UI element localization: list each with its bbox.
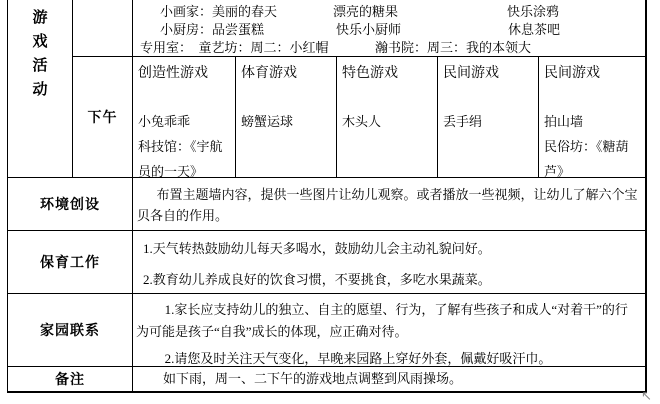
home-contact-content-cell: 1.家长应支持幼儿的独立、自主的愿望、行为，了解有些孩子和成人“对着干”的行为可… bbox=[133, 294, 645, 367]
care-work-item-2: 2.教育幼儿养成良好的饮食习惯，不要挑食，多吃水果蔬菜。 bbox=[143, 270, 640, 290]
game-category: 民间游戏 bbox=[438, 57, 538, 82]
game-column-folk-1: 民间游戏 丢手绢 bbox=[438, 57, 539, 178]
home-contact-item-2: 2.请您及时关注天气变化，早晚来园路上穿好外套，佩戴好吸汗巾。 bbox=[136, 348, 640, 367]
game-category: 民间游戏 bbox=[539, 57, 645, 82]
remarks-text: 如下雨，周一、二下午的游戏地点调整到风雨操场。 bbox=[163, 370, 640, 388]
afternoon-label: 下午 bbox=[88, 107, 118, 127]
game-column-folk-2: 民间游戏 拍山墙 民俗坊：《糖葫芦》 bbox=[539, 57, 645, 178]
care-work-label-cell: 保育工作 bbox=[8, 231, 133, 294]
game-item: 拍山墙 bbox=[544, 109, 641, 134]
home-contact-item-1: 1.家长应支持幼儿的独立、自主的愿望、行为，了解有些孩子和成人“对着干”的行为可… bbox=[136, 299, 640, 343]
env-setup-content-cell: 布置主题墙内容，提供一些图片让幼儿观察。或者播放一些视频，让幼儿了解六个宝贝各自… bbox=[133, 178, 645, 231]
remarks-content-cell: 如下雨，周一、二下午的游戏地点调整到风雨操场。 bbox=[133, 367, 645, 391]
activity-label: 游戏活动 bbox=[32, 6, 49, 102]
morning-item: 小画家：美丽的春天 bbox=[160, 3, 277, 21]
morning-item: 快乐小厨师 bbox=[336, 21, 401, 39]
special-room-text: 瀚书院：周三：我的本领大 bbox=[375, 39, 531, 57]
activity-rowspan-cell: 游戏活动 bbox=[8, 0, 73, 178]
env-setup-label-cell: 环境创设 bbox=[8, 178, 133, 231]
game-items: 螃蟹运球 bbox=[236, 109, 336, 134]
game-column-special: 特色游戏 木头人 bbox=[337, 57, 438, 178]
env-setup-label: 环境创设 bbox=[40, 194, 100, 214]
remarks-label-cell: 备注 bbox=[8, 367, 133, 391]
mouse-cursor-icon: ↖ bbox=[641, 389, 652, 404]
period-empty-cell bbox=[73, 0, 133, 57]
game-category: 特色游戏 bbox=[337, 57, 437, 82]
morning-line-2: 小厨房：品尝蛋糕 快乐小厨师 休息茶吧 bbox=[133, 21, 645, 39]
env-setup-text: 布置主题墙内容，提供一些图片让幼儿观察。或者播放一些视频，让幼儿了解六个宝贝各自… bbox=[137, 184, 640, 226]
game-items: 丢手绢 bbox=[438, 109, 538, 134]
morning-item: 小厨房：品尝蛋糕 bbox=[160, 21, 264, 39]
game-item: 小兔乖乖 bbox=[138, 109, 231, 134]
morning-item: 漂亮的糖果 bbox=[333, 3, 398, 21]
morning-item: 休息茶吧 bbox=[508, 21, 560, 39]
remarks-label: 备注 bbox=[55, 369, 85, 389]
game-items: 小兔乖乖 科技馆：《宇航员的一天》 bbox=[133, 109, 235, 178]
document-page: 游戏活动 小画家：美丽的春天 漂亮的糖果 快乐涂鸦 小厨房：品尝蛋糕 快乐小厨师… bbox=[0, 0, 660, 404]
morning-activities-cell: 小画家：美丽的春天 漂亮的糖果 快乐涂鸦 小厨房：品尝蛋糕 快乐小厨师 休息茶吧… bbox=[133, 0, 645, 57]
care-work-content-cell: 1.天气转热鼓励幼儿每天多喝水，鼓励幼儿会主动礼貌问好。 2.教育幼儿养成良好的… bbox=[133, 231, 645, 294]
home-contact-label: 家园联系 bbox=[40, 320, 100, 340]
weekly-plan-table: 游戏活动 小画家：美丽的春天 漂亮的糖果 快乐涂鸦 小厨房：品尝蛋糕 快乐小厨师… bbox=[7, 0, 647, 393]
game-items: 拍山墙 民俗坊：《糖葫芦》 bbox=[539, 109, 645, 178]
game-category: 创造性游戏 bbox=[133, 57, 235, 82]
game-category: 体育游戏 bbox=[236, 57, 336, 82]
game-item: 螃蟹运球 bbox=[241, 109, 332, 134]
special-room-text: 专用室： 童艺坊：周二：小红帽 bbox=[140, 39, 329, 57]
morning-line-1: 小画家：美丽的春天 漂亮的糖果 快乐涂鸦 bbox=[133, 3, 645, 21]
game-column-sports: 体育游戏 螃蟹运球 bbox=[236, 57, 337, 178]
morning-item: 快乐涂鸦 bbox=[507, 3, 559, 21]
game-item: 民俗坊：《糖葫芦》 bbox=[544, 134, 641, 178]
game-item: 木头人 bbox=[342, 109, 433, 134]
game-column-creative: 创造性游戏 小兔乖乖 科技馆：《宇航员的一天》 bbox=[133, 57, 236, 178]
afternoon-cell: 下午 bbox=[73, 57, 133, 178]
morning-line-3: 专用室： 童艺坊：周二：小红帽 瀚书院：周三：我的本领大 bbox=[133, 39, 645, 57]
care-work-item-1: 1.天气转热鼓励幼儿每天多喝水，鼓励幼儿会主动礼貌问好。 bbox=[143, 239, 640, 259]
care-work-label: 保育工作 bbox=[40, 252, 100, 272]
game-item: 丢手绢 bbox=[443, 109, 534, 134]
game-item: 科技馆：《宇航员的一天》 bbox=[138, 134, 231, 178]
home-contact-label-cell: 家园联系 bbox=[8, 294, 133, 367]
game-items: 木头人 bbox=[337, 109, 437, 134]
